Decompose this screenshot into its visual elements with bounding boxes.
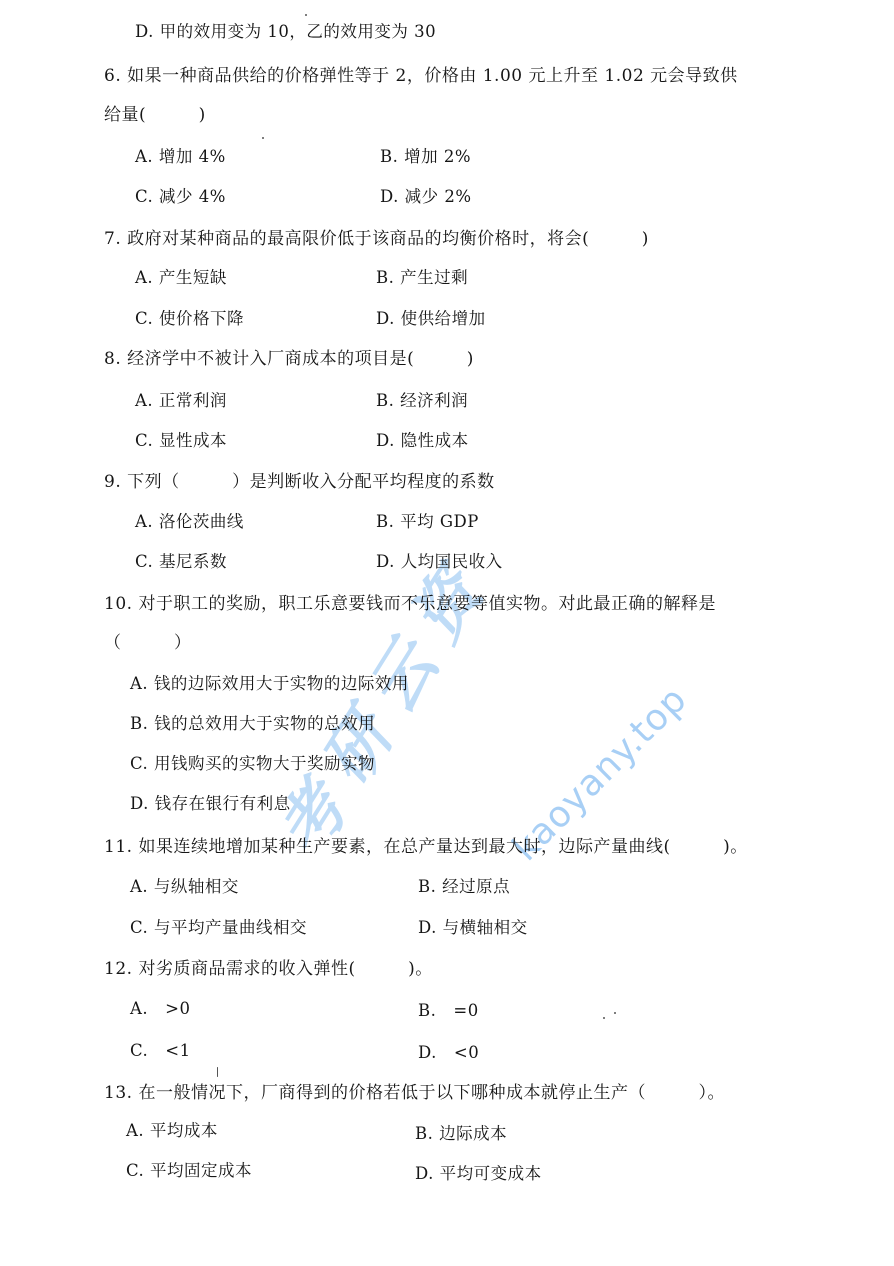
answer-option: D. 减少 2% [380,186,472,208]
answer-option: C. <1 [130,1040,191,1062]
question-text: 13. 在一般情况下，厂商得到的价格若低于以下哪种成本就停止生产（ ）。 [104,1082,725,1104]
answer-option: A. >0 [130,998,190,1020]
answer-option: C. 基尼系数 [135,551,227,573]
answer-option: D. <0 [418,1042,479,1064]
answer-option: C. 减少 4% [135,186,226,208]
answer-option: D. 钱存在银行有利息 [130,793,291,815]
watermark-chinese: 考研云资 [250,535,509,870]
answer-option: C. 用钱购买的实物大于奖励实物 [130,753,375,775]
answer-option: B. 增加 2% [380,146,471,168]
answer-option: C. 显性成本 [135,430,227,452]
answer-option: C. 与平均产量曲线相交 [130,917,307,939]
answer-option: A. 产生短缺 [135,267,227,289]
answer-option: D. 与横轴相交 [418,917,528,939]
scan-speck [262,137,264,139]
question-text: 6. 如果一种商品供给的价格弹性等于 2，价格由 1.00 元上升至 1.02 … [104,65,738,87]
answer-option: D. 平均可变成本 [415,1163,542,1185]
answer-option: B. 边际成本 [415,1123,507,1145]
question-continuation: （ ） [104,632,192,654]
answer-option: A. 平均成本 [126,1120,218,1142]
answer-option: D. 使供给增加 [376,308,486,330]
answer-option: C. 平均固定成本 [126,1160,252,1182]
answer-option: B. 钱的总效用大于实物的总效用 [130,713,375,735]
scan-speck [305,14,307,16]
question-continuation: 给量( ) [104,104,206,126]
question-text: 7. 政府对某种商品的最高限价低于该商品的均衡价格时，将会( ) [104,228,649,250]
question-text: 10. 对于职工的奖励，职工乐意要钱而不乐意要等值实物。对此最正确的解释是 [104,593,716,615]
answer-option: B. 经济利润 [376,390,468,412]
answer-option: D. 隐性成本 [376,430,469,452]
answer-option: D. 甲的效用变为 10，乙的效用变为 30 [135,21,436,43]
answer-option: A. 钱的边际效用大于实物的边际效用 [130,673,409,695]
question-text: 12. 对劣质商品需求的收入弹性( )。 [104,958,433,980]
answer-option: B. =0 [418,1000,479,1022]
answer-option: D. 人均国民收入 [376,551,503,573]
answer-option: A. 增加 4% [135,146,226,168]
answer-option: A. 正常利润 [135,390,227,412]
answer-option: A. 洛伦茨曲线 [135,511,244,533]
answer-option: B. 平均 GDP [376,511,479,533]
answer-option: B. 经过原点 [418,876,510,898]
question-text: 9. 下列（ ）是判断收入分配平均程度的系数 [104,471,495,493]
scan-speck [603,1017,605,1019]
answer-option: A. 与纵轴相交 [130,876,239,898]
exam-page: 考研云资 kaoyany.top D. 甲的效用变为 10，乙的效用变为 306… [0,0,894,1266]
question-text: 11. 如果连续地增加某种生产要素，在总产量达到最大时，边际产量曲线( )。 [104,836,748,858]
scan-speck [614,1012,616,1014]
question-text: 8. 经济学中不被计入厂商成本的项目是( ) [104,348,474,370]
answer-option: B. 产生过剩 [376,267,468,289]
scan-mark [217,1067,218,1077]
answer-option: C. 使价格下降 [135,308,244,330]
